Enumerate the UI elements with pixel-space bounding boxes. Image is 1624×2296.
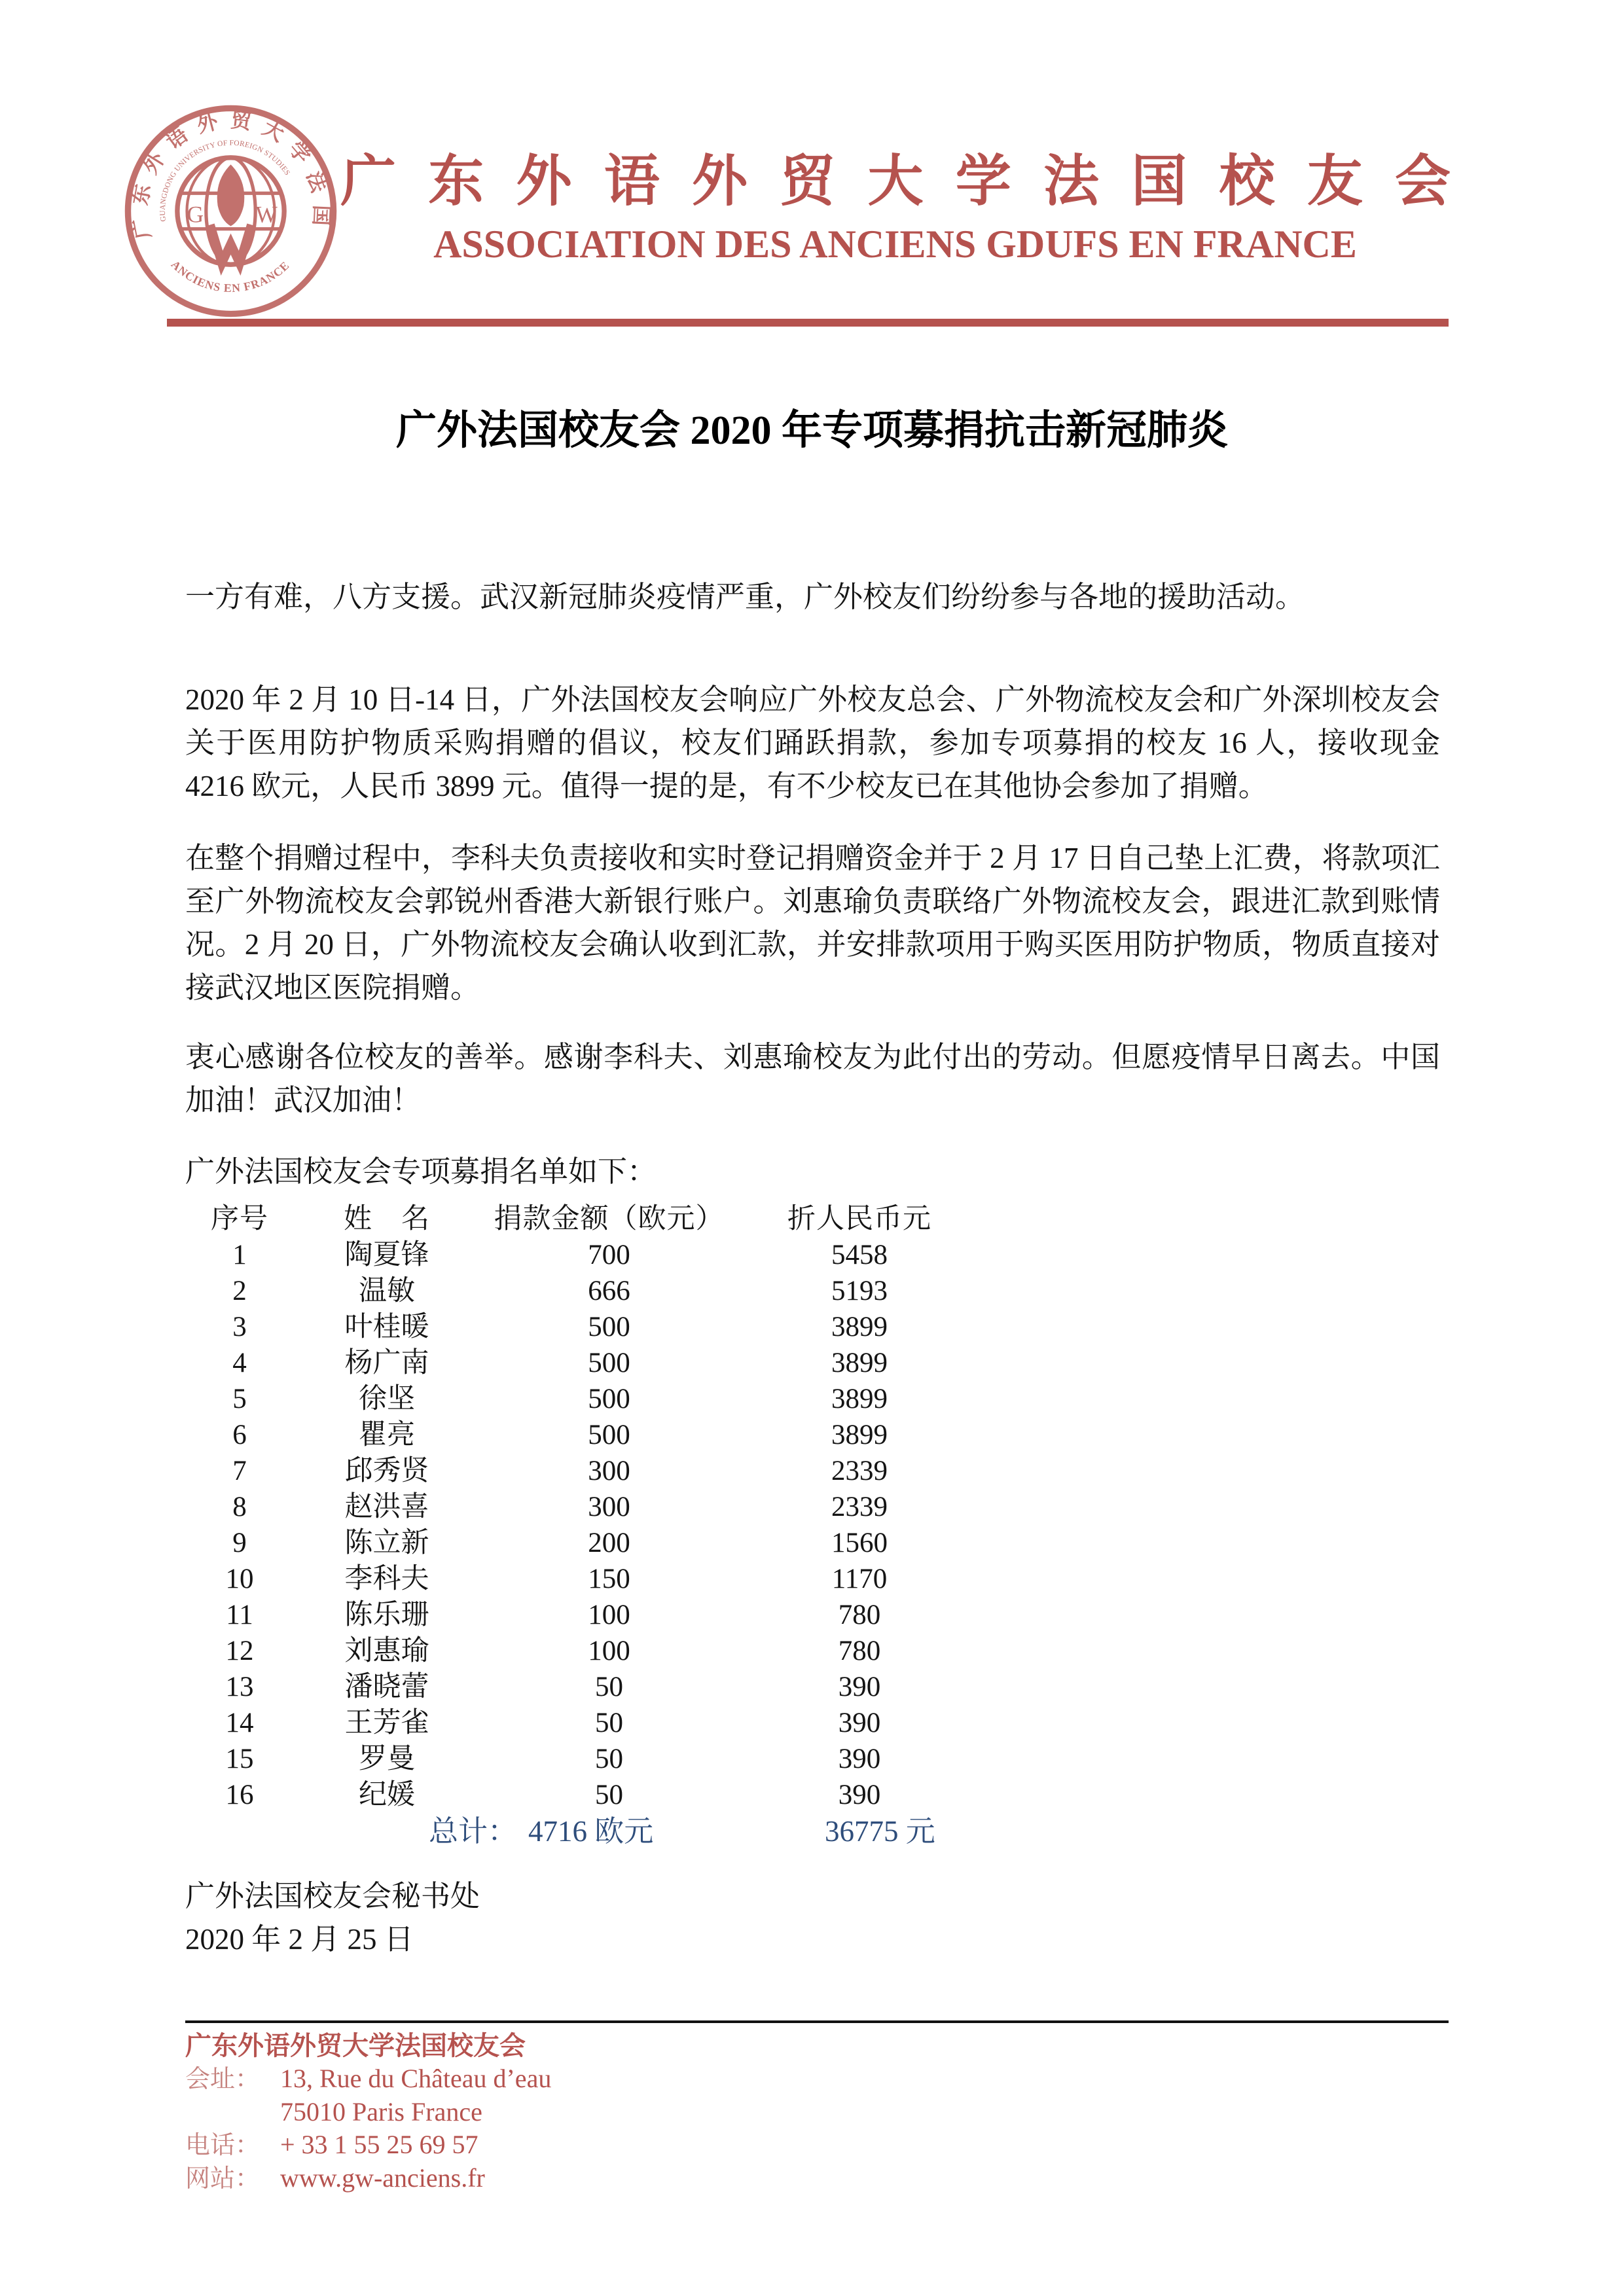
cell-no: 10 <box>185 1561 294 1597</box>
table-row: 12刘惠瑜100780 <box>185 1633 1440 1669</box>
column-header-no: 序号 <box>185 1201 294 1237</box>
cell-name: 徐坚 <box>294 1381 480 1417</box>
cell-no: 16 <box>185 1777 294 1813</box>
cell-no: 11 <box>185 1597 294 1633</box>
paragraph-2: 2020 年 2 月 10 日-14 日，广外法国校友会响应广外校友总会、广外物… <box>185 678 1440 808</box>
table-row: 5徐坚5003899 <box>185 1381 1440 1417</box>
cell-euro: 50 <box>480 1669 738 1705</box>
cell-name: 叶桂暖 <box>294 1309 480 1345</box>
cell-no: 5 <box>185 1381 294 1417</box>
letterhead: 广 东 外 语 外 贸 大 学 法 国 校 友 会 ASSOCIATION DE… <box>340 149 1450 267</box>
cell-no: 9 <box>185 1525 294 1561</box>
cell-rmb: 3899 <box>738 1381 981 1417</box>
table-header-row: 序号 姓 名 捐款金额（欧元） 折人民币元 <box>185 1201 1440 1237</box>
column-header-name: 姓 名 <box>294 1201 480 1237</box>
cell-name: 罗曼 <box>294 1741 480 1777</box>
association-logo: 广东外语外贸大学法国校友会 GUANGDONG UNIVERSITY OF FO… <box>121 101 340 321</box>
table-row: 7邱秀贤3002339 <box>185 1453 1440 1489</box>
footer-phone-label: 电话： <box>185 2129 280 2162</box>
cell-euro: 150 <box>480 1561 738 1597</box>
footer-address-value-2: 75010 Paris France <box>280 2097 482 2126</box>
column-header-euro: 捐款金额（欧元） <box>480 1201 738 1237</box>
logo-svg: 广东外语外贸大学法国校友会 GUANGDONG UNIVERSITY OF FO… <box>121 101 340 321</box>
table-row: 2温敏6665193 <box>185 1273 1440 1309</box>
cell-rmb: 3899 <box>738 1309 981 1345</box>
cell-no: 6 <box>185 1417 294 1453</box>
cell-euro: 300 <box>480 1453 738 1489</box>
cell-name: 温敏 <box>294 1273 480 1309</box>
cell-name: 王芳雀 <box>294 1705 480 1741</box>
cell-name: 潘晓蕾 <box>294 1669 480 1705</box>
paragraph-4: 衷心感谢各位校友的善举。感谢李科夫、刘惠瑜校友为此付出的劳动。但愿疫情早日离去。… <box>185 1035 1440 1122</box>
cell-name: 陈立新 <box>294 1525 480 1561</box>
footer-address-value: 13, Rue du Château d’eau <box>280 2064 551 2093</box>
signature-date: 2020 年 2 月 25 日 <box>185 1918 1440 1961</box>
table-total-row: 总计： 4716 欧元 36775 元 <box>185 1813 1440 1850</box>
cell-name: 邱秀贤 <box>294 1453 480 1489</box>
cell-euro: 50 <box>480 1777 738 1813</box>
cell-no: 13 <box>185 1669 294 1705</box>
cell-rmb: 3899 <box>738 1417 981 1453</box>
cell-name: 纪媛 <box>294 1777 480 1813</box>
table-row: 1陶夏锋7005458 <box>185 1237 1440 1273</box>
letterhead-rule <box>167 319 1449 327</box>
logo-globe: G W <box>177 158 284 264</box>
cell-no: 3 <box>185 1309 294 1345</box>
cell-no: 14 <box>185 1705 294 1741</box>
table-row: 13潘晓蕾50390 <box>185 1669 1440 1705</box>
footer-address-row-2: 75010 Paris France <box>185 2096 1449 2128</box>
cell-rmb: 3899 <box>738 1345 981 1381</box>
cell-euro: 50 <box>480 1705 738 1741</box>
logo-letter-g: G <box>187 201 204 227</box>
cell-name: 瞿亮 <box>294 1417 480 1453</box>
cell-no: 4 <box>185 1345 294 1381</box>
cell-no: 2 <box>185 1273 294 1309</box>
cell-euro: 700 <box>480 1237 738 1273</box>
cell-no: 1 <box>185 1237 294 1273</box>
logo-letter-w: W <box>255 201 278 227</box>
table-row: 10李科夫1501170 <box>185 1561 1440 1597</box>
footer-address-row: 会址：13, Rue du Château d’eau <box>185 2062 1449 2096</box>
cell-euro: 500 <box>480 1345 738 1381</box>
footer-website-row: 网站：www.gw-anciens.fr <box>185 2162 1449 2195</box>
cell-euro: 200 <box>480 1525 738 1561</box>
donor-table: 序号 姓 名 捐款金额（欧元） 折人民币元 1陶夏锋70054582温敏6665… <box>185 1201 1440 1850</box>
cell-name: 刘惠瑜 <box>294 1633 480 1669</box>
cell-euro: 100 <box>480 1597 738 1633</box>
table-row: 3叶桂暖5003899 <box>185 1309 1440 1345</box>
column-header-rmb: 折人民币元 <box>738 1201 981 1237</box>
cell-rmb: 2339 <box>738 1489 981 1525</box>
footer-phone-row: 电话：+ 33 1 55 25 69 57 <box>185 2128 1449 2162</box>
cell-rmb: 2339 <box>738 1453 981 1489</box>
cell-no: 8 <box>185 1489 294 1525</box>
footer-org-name: 广东外语外贸大学法国校友会 <box>185 2030 1449 2062</box>
footer-website-label: 网站： <box>185 2162 280 2195</box>
cell-rmb: 1560 <box>738 1525 981 1561</box>
paragraph-1: 一方有难，八方支援。武汉新冠肺炎疫情严重，广外校友们纷纷参与各地的援助活动。 <box>185 575 1440 619</box>
cell-rmb: 5193 <box>738 1273 981 1309</box>
document-body: 一方有难，八方支援。武汉新冠肺炎疫情严重，广外校友们纷纷参与各地的援助活动。 2… <box>185 575 1440 1961</box>
cell-name: 陶夏锋 <box>294 1237 480 1273</box>
cell-rmb: 780 <box>738 1633 981 1669</box>
paragraph-5: 广外法国校友会专项募捐名单如下： <box>185 1150 1440 1193</box>
signature-org: 广外法国校友会秘书处 <box>185 1874 1440 1918</box>
cell-no: 7 <box>185 1453 294 1489</box>
total-label: 总计： <box>429 1813 517 1850</box>
cell-euro: 300 <box>480 1489 738 1525</box>
cell-euro: 100 <box>480 1633 738 1669</box>
cell-rmb: 1170 <box>738 1561 981 1597</box>
paragraph-3: 在整个捐赠过程中，李科夫负责接收和实时登记捐赠资金并于 2 月 17 日自己垫上… <box>185 836 1440 1009</box>
table-row: 16纪媛50390 <box>185 1777 1440 1813</box>
cell-rmb: 390 <box>738 1705 981 1741</box>
footer-address-label: 会址： <box>185 2063 280 2096</box>
cell-no: 15 <box>185 1741 294 1777</box>
letterhead-title-fr: ASSOCIATION DES ANCIENS GDUFS EN FRANCE <box>340 221 1450 267</box>
cell-euro: 666 <box>480 1273 738 1309</box>
cell-rmb: 390 <box>738 1669 981 1705</box>
letterhead-title-cn: 广 东 外 语 外 贸 大 学 法 国 校 友 会 <box>340 149 1450 215</box>
signature-block: 广外法国校友会秘书处 2020 年 2 月 25 日 <box>185 1874 1440 1961</box>
table-row: 4杨广南5003899 <box>185 1345 1440 1381</box>
document-page: 广东外语外贸大学法国校友会 GUANGDONG UNIVERSITY OF FO… <box>0 0 1624 2296</box>
cell-rmb: 390 <box>738 1741 981 1777</box>
cell-name: 李科夫 <box>294 1561 480 1597</box>
cell-euro: 500 <box>480 1417 738 1453</box>
cell-name: 陈乐珊 <box>294 1597 480 1633</box>
page-footer: 广东外语外贸大学法国校友会 会址：13, Rue du Château d’ea… <box>185 2020 1449 2195</box>
table-row: 11陈乐珊100780 <box>185 1597 1440 1633</box>
cell-euro: 500 <box>480 1381 738 1417</box>
page-title: 广外法国校友会 2020 年专项募捐抗击新冠肺炎 <box>0 404 1624 457</box>
donor-table-body: 1陶夏锋70054582温敏66651933叶桂暖50038994杨广南5003… <box>185 1237 1440 1813</box>
table-row: 15罗曼50390 <box>185 1741 1440 1777</box>
cell-name: 赵洪喜 <box>294 1489 480 1525</box>
total-euro-value: 4716 欧元 <box>528 1813 653 1850</box>
cell-name: 杨广南 <box>294 1345 480 1381</box>
footer-website-value: www.gw-anciens.fr <box>280 2163 485 2193</box>
total-rmb-value: 36775 元 <box>825 1813 935 1850</box>
cell-rmb: 780 <box>738 1597 981 1633</box>
footer-phone-value: + 33 1 55 25 69 57 <box>280 2130 478 2159</box>
cell-rmb: 5458 <box>738 1237 981 1273</box>
cell-euro: 500 <box>480 1309 738 1345</box>
table-row: 8赵洪喜3002339 <box>185 1489 1440 1525</box>
cell-rmb: 390 <box>738 1777 981 1813</box>
cell-no: 12 <box>185 1633 294 1669</box>
table-row: 9陈立新2001560 <box>185 1525 1440 1561</box>
cell-euro: 50 <box>480 1741 738 1777</box>
table-row: 6瞿亮5003899 <box>185 1417 1440 1453</box>
table-row: 14王芳雀50390 <box>185 1705 1440 1741</box>
